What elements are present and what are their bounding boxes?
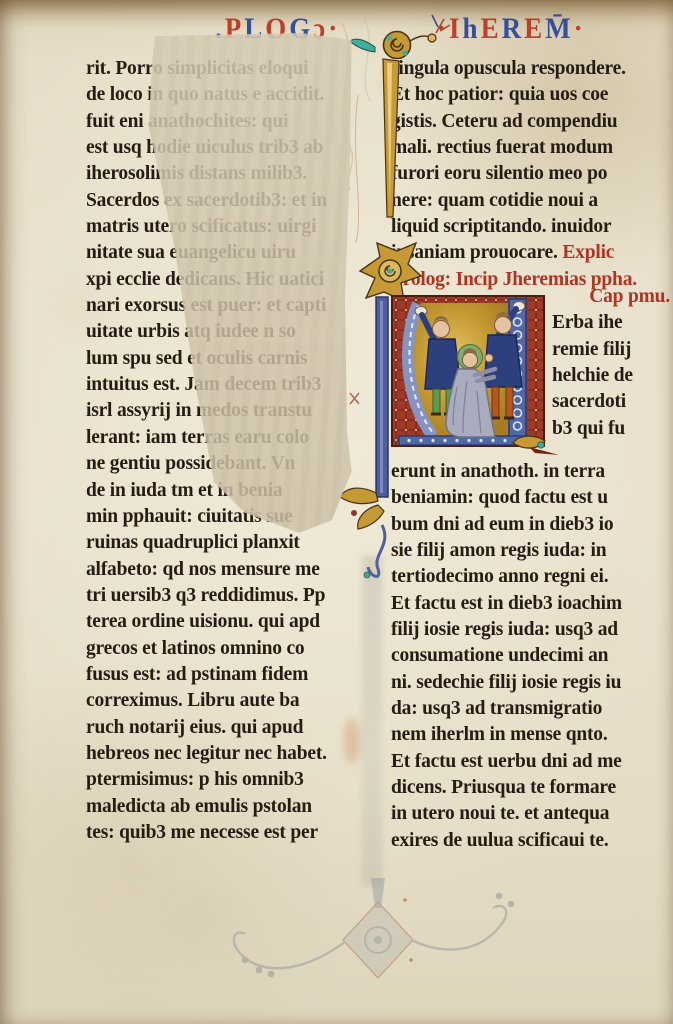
text-line: ruch notarij eius. qui apud — [86, 715, 378, 741]
text-line: terea ordine uisionu. qui apd — [86, 609, 378, 635]
title-letter: R — [502, 11, 525, 45]
staff-lower-leaf-icon — [340, 488, 385, 578]
text-line: da: usq3 ad transmigratio — [391, 696, 673, 722]
text-line: dicens. Priusqua te formare — [391, 775, 673, 801]
text-line: consumatione undecimi an — [391, 643, 673, 669]
text-line: hebreos nec legitur nec habet. — [86, 741, 378, 767]
chapter-rubric: Cap pmu. — [552, 284, 670, 310]
staff-knot-icon — [360, 243, 421, 301]
offset-flourish-icon — [215, 878, 535, 990]
flourish-red-specks — [403, 898, 413, 962]
staff-top-curl-icon — [350, 15, 450, 59]
historiated-initial-stoning-of-jeremiah — [391, 295, 563, 465]
title-letter: M̄ — [545, 11, 573, 45]
title-letter: L — [244, 11, 265, 45]
beside-initial-lines: Erba iheremie filijhelchie desacerdotib3… — [552, 310, 670, 442]
title-letter: P — [225, 11, 245, 45]
manuscript-page: .PLOGɔ· ·IhEREM̄· rit. Porro simplicitas… — [0, 0, 673, 1024]
text-line: filij iosie regis iuda: usq3 ad — [391, 617, 673, 643]
title-letter: h — [463, 11, 481, 45]
title-letter: E — [524, 11, 545, 45]
text-line: sacerdoti — [552, 389, 670, 415]
title-letter: . — [215, 11, 225, 45]
text-line: nem iherlm in mense qnto. — [391, 722, 673, 748]
text-line: Erba ihe — [552, 310, 670, 336]
initial-corner-curl-icon — [513, 436, 559, 455]
text-line: b3 qui fu — [552, 416, 670, 442]
text-line: ni. sedechie filij iosie regis iu — [391, 670, 673, 696]
text-line: grecos et latinos omnino co — [86, 636, 378, 662]
right-text-column-beside-initial: Cap pmu. Erba iheremie filijhelchie desa… — [552, 284, 670, 442]
title-letter: · — [574, 11, 586, 45]
text-line: tes: quib3 me necesse est per — [86, 820, 378, 846]
text-line: helchie de — [552, 363, 670, 389]
title-letter: O — [265, 11, 289, 45]
explicit-rubric-text: Explic — [562, 242, 614, 263]
text-line: ptermisimus: p his omnib3 — [86, 767, 378, 793]
orange-margin-stain — [344, 718, 360, 764]
text-line: in utero noui te. et antequa — [391, 801, 673, 827]
text-line: Et factu est uerbu dni ad me — [391, 749, 673, 775]
text-line: fusus est: ad pstinam fidem — [86, 662, 378, 688]
title-letter: E — [481, 11, 502, 45]
red-margin-mark — [350, 393, 359, 404]
text-line: maledicta ab emulis pstolan — [86, 794, 378, 820]
text-line: exires de uulua scificaui te. — [391, 828, 673, 854]
parchment-threads — [342, 17, 370, 243]
text-line: correximus. Libru aute ba — [86, 688, 378, 714]
staff-blue-highlight — [380, 301, 383, 493]
text-line: remie filij — [552, 337, 670, 363]
title-letter: G — [289, 11, 313, 45]
